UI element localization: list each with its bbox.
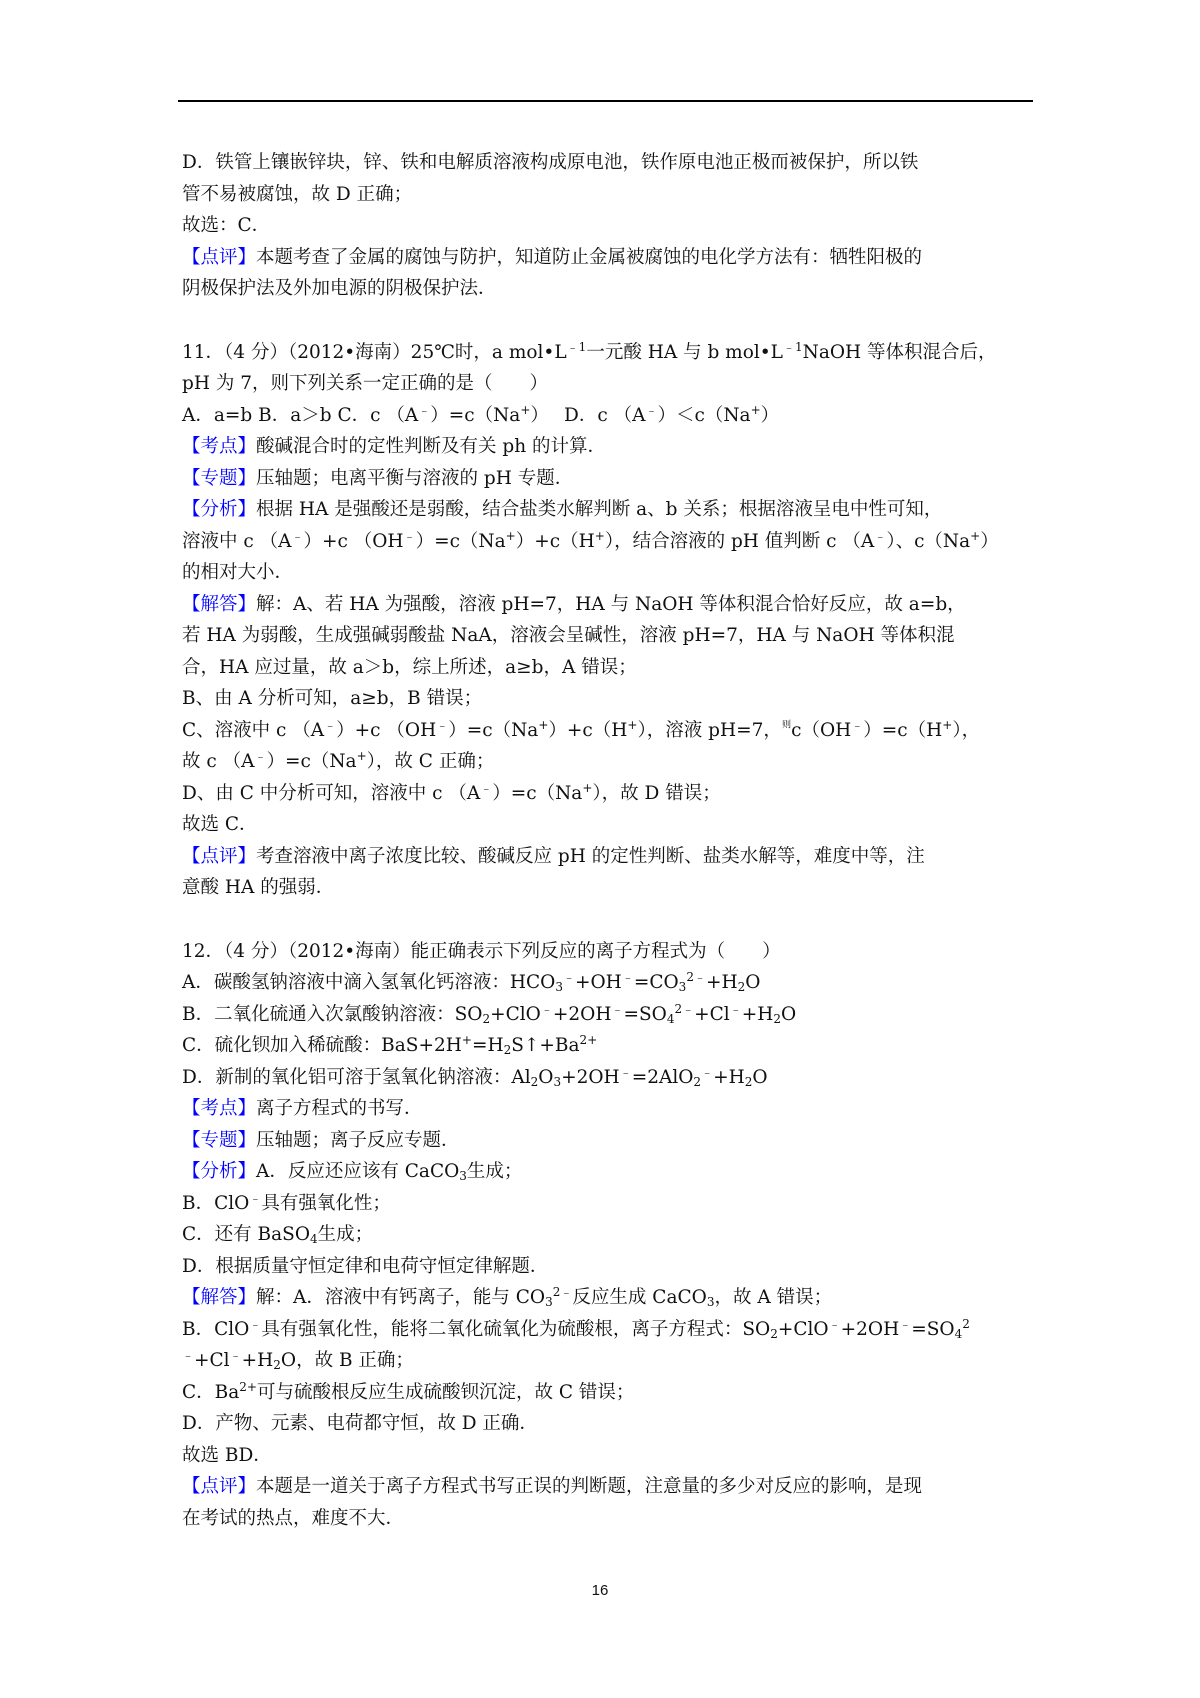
q11-kaodian: 【考点】酸碱混合时的定性判断及有关 ph 的计算． [182,431,1032,463]
q11-jieda-line6: 故 c （A﹣）=c（Na+），故 C 正确； [182,746,1032,778]
q11-fenxi: 【分析】根据 HA 是强酸还是弱酸，结合盐类水解判断 a、b 关系；根据溶液呈电… [182,494,1032,526]
jieda-tag: 【解答】 [182,594,256,615]
q11-jieda-line4: B、由 A 分析可知，a≥b，B 错误； [182,683,1032,715]
q12-jieda-line2: B．ClO﹣具有强氧化性，能将二氧化硫氧化为硫酸根，离子方程式：SO2+ClO﹣… [182,1314,1032,1346]
jieda-tag: 【解答】 [182,1287,256,1308]
q12-jieda-line3: ﹣+Cl﹣+H2O，故 B 正确； [182,1345,1032,1377]
page-content: D．铁管上镶嵌锌块，锌、铁和电解质溶液构成原电池，铁作原电池正极而被保护，所以铁… [182,147,1032,1534]
q11-stem-line2: pH 为 7，则下列关系一定正确的是（ ） [182,368,1032,400]
page-number: 16 [0,1582,1200,1599]
q11-choice: 故选 C． [182,809,1032,841]
fenxi-tag: 【分析】 [182,499,256,520]
zhuanti-tag: 【专题】 [182,1130,256,1151]
q11-jieda-line2: 若 HA 为弱酸，生成强碱弱酸盐 NaA，溶液会呈碱性，溶液 pH=7，HA 与… [182,620,1032,652]
prev-d-line2: 管不易被腐蚀，故 D 正确； [182,179,1032,211]
q11-stem-line1: 11．（4 分）（2012•海南）25℃时，a mol•L﹣1一元酸 HA 与 … [182,337,1032,369]
dianping-tag: 【点评】 [182,1476,256,1497]
q12-fenxi-line3: C．还有 BaSO4生成； [182,1219,1032,1251]
q12-dianping: 【点评】本题是一道关于离子方程式书写正误的判断题，注意量的多少对反应的影响，是现 [182,1471,1032,1503]
q12-zhuanti: 【专题】压轴题；离子反应专题． [182,1125,1032,1157]
prev-comment-cont: 阴极保护法及外加电源的阴极保护法． [182,273,1032,305]
q11-jieda: 【解答】解：A、若 HA 为强酸，溶液 pH=7，HA 与 NaOH 等体积混合… [182,589,1032,621]
prev-d-line1: D．铁管上镶嵌锌块，锌、铁和电解质溶液构成原电池，铁作原电池正极而被保护，所以铁 [182,147,1032,179]
q11-jieda-line5: C、溶液中 c （A﹣）+c （OH﹣）=c（Na+）+c（H+），溶液 pH=… [182,715,1032,747]
q12-dianping-line2: 在考试的热点，难度不大． [182,1503,1032,1535]
q11-zhuanti: 【专题】压轴题；电离平衡与溶液的 pH 专题． [182,463,1032,495]
q11-fenxi-line2: 溶液中 c （A﹣）+c （OH﹣）=c（Na+）+c（H+），结合溶液的 pH… [182,526,1032,558]
fenxi-tag: 【分析】 [182,1161,256,1182]
q12-fenxi-line4: D．根据质量守恒定律和电荷守恒定律解题． [182,1251,1032,1283]
q12-choice: 故选 BD． [182,1440,1032,1472]
q11-jieda-line3: 合，HA 应过量，故 a＞b，综上所述，a≥b，A 错误； [182,652,1032,684]
q12-jieda-line5: D．产物、元素、电荷都守恒，故 D 正确． [182,1408,1032,1440]
q12-option-a: A．碳酸氢钠溶液中滴入氢氧化钙溶液：HCO3﹣+OH﹣=CO32﹣+H2O [182,967,1032,999]
q11-jieda-line7: D、由 C 中分析可知，溶液中 c （A﹣）=c（Na+），故 D 错误； [182,778,1032,810]
q12-option-b: B．二氧化硫通入次氯酸钠溶液：SO2+ClO﹣+2OH﹣=SO42﹣+Cl﹣+H… [182,999,1032,1031]
q12-jieda-line4: C．Ba2+可与硫酸根反应生成硫酸钡沉淀，故 C 错误； [182,1377,1032,1409]
q11-dianping-line2: 意酸 HA 的强弱． [182,872,1032,904]
q12-fenxi-line2: B．ClO﹣具有强氧化性； [182,1188,1032,1220]
prev-choice: 故选：C． [182,210,1032,242]
q11-options: A．a=b B．a＞b C．c （A﹣）=c（Na+） D．c （A﹣）＜c（N… [182,400,1032,432]
comment-tag: 【点评】 [182,247,256,268]
q12-stem: 12．（4 分）（2012•海南）能正确表示下列反应的离子方程式为（ ） [182,936,1032,968]
header-rule [178,100,1033,102]
q12-kaodian: 【考点】离子方程式的书写． [182,1093,1032,1125]
q12-fenxi: 【分析】A．反应还应该有 CaCO3生成； [182,1156,1032,1188]
q11-dianping: 【点评】考查溶液中离子浓度比较、酸碱反应 pH 的定性判断、盐类水解等，难度中等… [182,841,1032,873]
kaodian-tag: 【考点】 [182,1098,256,1119]
q12-jieda: 【解答】解：A．溶液中有钙离子，能与 CO32﹣反应生成 CaCO3，故 A 错… [182,1282,1032,1314]
prev-comment: 【点评】本题考查了金属的腐蚀与防护，知道防止金属被腐蚀的电化学方法有：牺牲阳极的 [182,242,1032,274]
dianping-tag: 【点评】 [182,846,256,867]
kaodian-tag: 【考点】 [182,436,256,457]
q12-option-c: C．硫化钡加入稀硫酸：BaS+2H+=H2S↑+Ba2+ [182,1030,1032,1062]
zhuanti-tag: 【专题】 [182,468,256,489]
q11-fenxi-line3: 的相对大小． [182,557,1032,589]
q12-option-d: D．新制的氧化铝可溶于氢氧化钠溶液：Al2O3+2OH﹣=2AlO2﹣+H2O [182,1062,1032,1094]
